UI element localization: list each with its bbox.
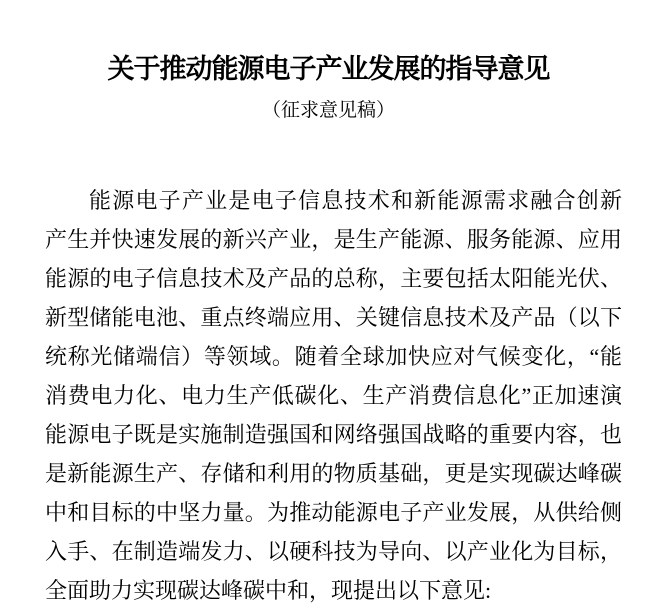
document-page: 关于推动能源电子产业发展的指导意见 （征求意见稿） 能源电子产业是电子信息技术和… xyxy=(0,0,657,610)
paragraph-line: 能源电子产业是电子信息技术和新能源需求融合创新 xyxy=(45,181,622,220)
document-subtitle: （征求意见稿） xyxy=(0,99,657,123)
paragraph-line: 中和目标的中坚力量。为推动能源电子产业发展，从供给侧 xyxy=(45,493,622,532)
paragraph-line: 消费电力化、电力生产低碳化、生产消费信息化”正加速演进。 xyxy=(45,376,622,415)
document-title: 关于推动能源电子产业发展的指导意见 xyxy=(0,0,657,87)
document-paragraph: 能源电子产业是电子信息技术和新能源需求融合创新 产生并快速发展的新兴产业，是生产… xyxy=(0,181,657,610)
paragraph-line: 入手、在制造端发力、以硬科技为导向、以产业化为目标， xyxy=(45,532,622,571)
paragraph-line: 全面助力实现碳达峰碳中和，现提出以下意见: xyxy=(45,571,622,610)
paragraph-line: 统称光储端信）等领域。随着全球加快应对气候变化，“能源 xyxy=(45,337,622,376)
paragraph-line: 产生并快速发展的新兴产业，是生产能源、服务能源、应用 xyxy=(45,220,622,259)
paragraph-line: 能源的电子信息技术及产品的总称，主要包括太阳能光伏、 xyxy=(45,259,622,298)
paragraph-line: 新型储能电池、重点终端应用、关键信息技术及产品（以下 xyxy=(45,298,622,337)
paragraph-line: 是新能源生产、存储和利用的物质基础，更是实现碳达峰碳 xyxy=(45,454,622,493)
paragraph-line: 能源电子既是实施制造强国和网络强国战略的重要内容，也 xyxy=(45,415,622,454)
